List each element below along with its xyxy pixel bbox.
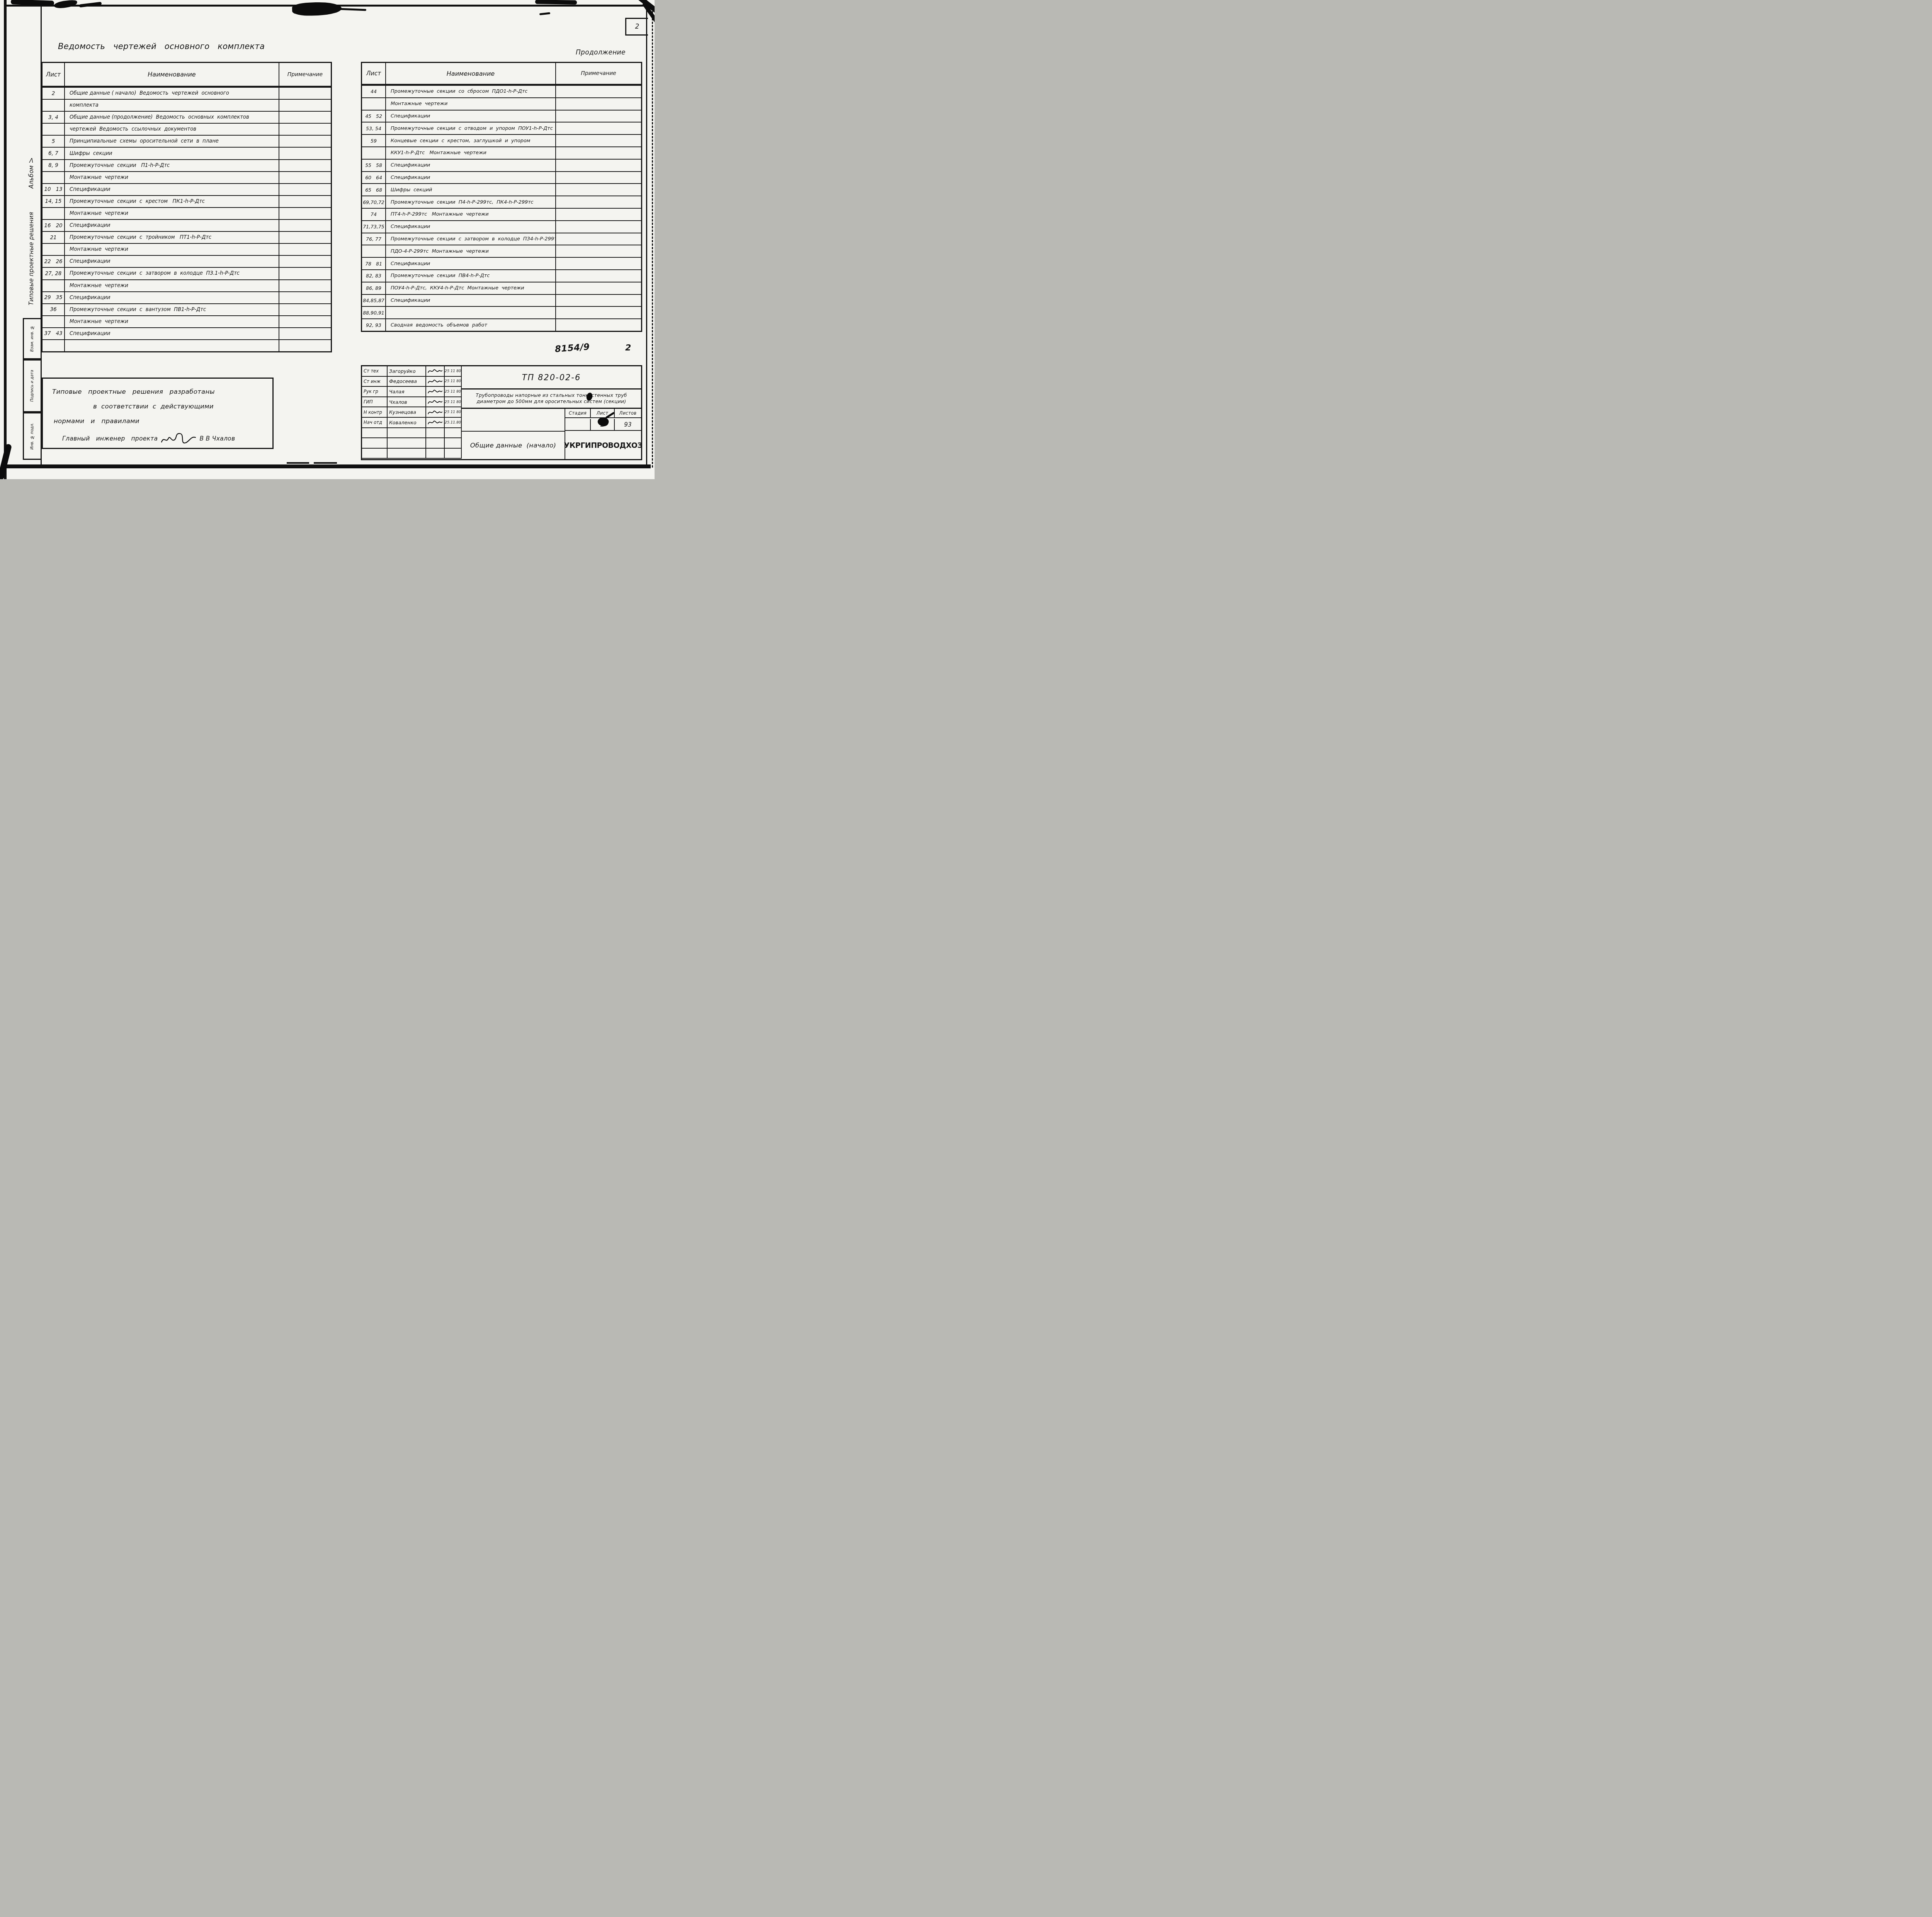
signature-row-empty [362, 438, 462, 449]
main-table-title: Ведомость чертежей основного комплекта [58, 42, 265, 51]
drawings-register-table-right: Лист Наименование Примечание 44 Промежут… [361, 62, 642, 332]
table-row: 92, 93 Сводная ведомость объемов работ [362, 318, 641, 331]
role-cell: Ст инж [362, 377, 388, 387]
drawing-name-cell: Спецификации [65, 291, 279, 303]
sheet-number-cell: 16 20 [43, 219, 65, 231]
drawing-name-cell: Монтажные чертежи [65, 243, 279, 255]
signature-squiggle [427, 367, 443, 374]
sheet-number-cell: 36 [43, 303, 65, 315]
sheet-number-cell: 92, 93 [362, 318, 386, 331]
outer-border-right [646, 5, 647, 468]
drawing-name-cell: ПДО-4-Р-299тс Монтажные чертежи [386, 245, 556, 257]
note-cell [279, 159, 331, 171]
sheet-number-handwritten: 2 [625, 343, 631, 353]
sheet-number-cell: 37 43 [43, 327, 65, 339]
table-row: Монтажные чертежи [43, 171, 331, 183]
date-cell: 25 11 80 [445, 387, 462, 397]
sheet-number-cell: 65 68 [362, 183, 386, 196]
table-row: 55 58 Спецификации [362, 159, 641, 171]
sheet-number-cell: 60 64 [362, 171, 386, 184]
table-row: 78 81 Спецификации [362, 257, 641, 269]
drawings-register-table-left: Лист Наименование Примечание 2 Общие дан… [41, 62, 332, 352]
table-row: 86, 89 ПОУ4-h-Р-Дтс, ККУ4-h-Р-Дтс Монтаж… [362, 282, 641, 294]
note-cell [556, 208, 641, 220]
table-row: 16 20 Спецификации [43, 219, 331, 231]
signature-row-empty [362, 449, 462, 459]
title-block: Ст тех Загоруйко 25 11 80 Ст инж Федосее… [361, 365, 642, 460]
drawing-name-cell: Концевые секции с крестом, заглушкой и у… [386, 134, 556, 146]
sheet-number-cell: 76, 77 [362, 233, 386, 245]
organization-name: УКРГИПРОВОДХОЗ [564, 441, 643, 450]
sheet-number-cell: 21 [43, 231, 65, 243]
drawing-name-cell: ПТ4-h-Р-299тс Монтажные чертежи [386, 208, 556, 220]
drawing-name-cell: комплекта [65, 99, 279, 111]
sheet-number-cell: 2 [43, 87, 65, 99]
drawing-name-cell: Промежуточные секции ПВ4-h-Р-Дтс [386, 269, 556, 282]
chief-engineer-label: Главный инженер проекта [62, 435, 158, 442]
role-cell: ГИП [362, 397, 388, 408]
drawing-name-cell: Спецификации [386, 220, 556, 233]
table-body-right: 44 Промежуточные секции со сбросом ПДО1-… [362, 85, 641, 331]
drawing-name-cell: Общие данные ( начало) Ведомость чертеже… [65, 87, 279, 99]
date-cell: 25 11 80 [445, 397, 462, 408]
drawing-name-cell: Промежуточные секции с затвором в колодц… [386, 233, 556, 245]
signature-squiggle [427, 419, 443, 426]
sheet-number-cell: 59 [362, 134, 386, 146]
drawing-name-cell: Промежуточные секции П1-h-Р-Дтс [65, 159, 279, 171]
outer-border-left [4, 0, 7, 479]
page-number-box: 2 [625, 18, 648, 36]
note-cell [556, 306, 641, 318]
drawing-name-cell: Спецификации [386, 110, 556, 122]
sheet-number-cell: 45 52 [362, 110, 386, 122]
sheet-number-cell [43, 339, 65, 351]
date-cell: 25 11 80 [445, 407, 462, 418]
signature-cell [426, 377, 445, 387]
sheet-number-cell [43, 207, 65, 219]
drawing-name-cell [386, 306, 556, 318]
stage-header-row: Стадия Лист Листов [565, 409, 641, 418]
drawing-name-cell: Промежуточные секции с крестом ПК1-h-Р-Д… [65, 195, 279, 207]
table-row: Монтажные чертежи [43, 207, 331, 219]
project-code: ТП 820-02-6 [522, 373, 581, 382]
margin-box-inv-podl-label: Инв. № подл. [30, 423, 34, 450]
drawing-name-cell: Монтажные чертежи [386, 97, 556, 110]
drawing-name-cell: Спецификации [386, 171, 556, 184]
sheet-number-cell: 27, 28 [43, 267, 65, 279]
name-cell: Кузнецова [388, 407, 426, 418]
table-row: 21 Промежуточные секции с тройником ПТ1-… [43, 231, 331, 243]
note-cell [556, 110, 641, 122]
stage-label: Стадия [565, 409, 591, 418]
sheet-number-cell: 74 [362, 208, 386, 220]
note-cell [279, 267, 331, 279]
drawing-name-cell: Спецификации [386, 294, 556, 306]
stamp-zone-bottom: Общие данные (начало) Стадия Лист Листов… [462, 409, 641, 459]
note-cell [279, 279, 331, 291]
table-row: Монтажные чертежи [43, 315, 331, 327]
sheet-number-cell [43, 315, 65, 327]
sheet-number-cell [43, 99, 65, 111]
note-cell [279, 207, 331, 219]
outer-border-right-dashed [652, 8, 653, 468]
sheet-number-cell: 53, 54 [362, 122, 386, 134]
table-row: 8, 9 Промежуточные секции П1-h-Р-Дтс [43, 159, 331, 171]
table-row: 53, 54 Промежуточные секции с отводом и … [362, 122, 641, 134]
drawing-name-cell: Монтажные чертежи [65, 171, 279, 183]
table-row: 22 26 Спецификации [43, 255, 331, 267]
name-cell: Федосеева [388, 377, 426, 387]
outer-border-bottom [4, 464, 651, 468]
note-cell [556, 159, 641, 171]
drawing-name-cell: Шифры секции [65, 147, 279, 159]
table-row: 65 68 Шифры секций [362, 183, 641, 196]
sheet-number-cell [43, 243, 65, 255]
scan-artifact-top-center-tail [339, 8, 366, 11]
sheet-number-cell: 14, 15 [43, 195, 65, 207]
sheet-number-cell [43, 171, 65, 183]
scan-artifact-top-right-tilde [539, 12, 550, 15]
stamp-empty-cell [462, 409, 565, 432]
drawing-name-cell: Промежуточные секции с тройником ПТ1-h-Р… [65, 231, 279, 243]
note-cell [556, 134, 641, 146]
note-cell [279, 135, 331, 147]
signature-cell [426, 387, 445, 397]
table-row: 71,73,75 Спецификации [362, 220, 641, 233]
date-cell: 25 11 80 [445, 377, 462, 387]
table-row: 69,70,72 Промежуточные секции П4-h-Р-299… [362, 196, 641, 208]
signature-row: ГИП Чхалов 25 11 80 [362, 397, 462, 408]
header-note: Примечание [279, 63, 331, 86]
note-cell [279, 183, 331, 195]
table-body-left: 2 Общие данные ( начало) Ведомость черте… [43, 87, 331, 351]
table-header-right: Лист Наименование Примечание [362, 63, 641, 85]
note-cell [279, 195, 331, 207]
signature-squiggle [427, 378, 443, 385]
drawing-name-cell: Принципиальные схемы оросительной сети в… [65, 135, 279, 147]
signature-row: Рук гр Чалая 25 11 80 [362, 387, 462, 397]
sheets-label: Листов [615, 409, 641, 418]
note-cell [556, 282, 641, 294]
organization-cell: УКРГИПРОВОДХОЗ [565, 432, 641, 459]
sheet-number-cell: 3, 4 [43, 111, 65, 123]
note-cell [556, 294, 641, 306]
note-cell [279, 303, 331, 315]
note-cell [279, 99, 331, 111]
signature-row-empty [362, 428, 462, 439]
signature-row: Ст тех Загоруйко 25 11 80 [362, 366, 462, 377]
sheet-number-cell: 82, 83 [362, 269, 386, 282]
table-row: 84,85,87 Спецификации [362, 294, 641, 306]
role-cell: Рук гр [362, 387, 388, 397]
drawing-name-cell: Промежуточные секции П4-h-Р-299тс, ПК4-h… [386, 196, 556, 208]
table-row: Монтажные чертежи [43, 279, 331, 291]
album-label: Типовые проектные решения Альбом Ⅴ [22, 85, 40, 305]
album-volume-label: Альбом Ⅴ [28, 156, 35, 189]
sheet-number-cell [43, 123, 65, 135]
note-cell [556, 220, 641, 233]
drawing-name-cell: Спецификации [65, 327, 279, 339]
note-cell [556, 257, 641, 269]
margin-box-vzam-inv: Взам. инв. № [23, 318, 42, 359]
scanned-drawing-sheet: 2 Типовые проектные решения Альбом Ⅴ Вза… [0, 0, 655, 479]
compliance-note-box: Типовые проектные решения разработаны в … [42, 378, 274, 449]
signature-row: Ст инж Федосеева 25 11 80 [362, 377, 462, 387]
table-row: 82, 83 Промежуточные секции ПВ4-h-Р-Дтс [362, 269, 641, 282]
drawing-name-cell: Промежуточные секции с затвором в колодц… [65, 267, 279, 279]
sheet-number-cell [362, 245, 386, 257]
header-sheet: Лист [43, 63, 65, 86]
project-description-cell: Трубопроводы напорные из стальных тонкос… [462, 390, 641, 409]
drawing-name-cell: Промежуточные секции со сбросом ПДО1-h-Р… [386, 85, 556, 97]
project-code-cell: ТП 820-02-6 [462, 366, 641, 390]
drawing-name-cell: ПОУ4-h-Р-Дтс, ККУ4-h-Р-Дтс Монтажные чер… [386, 282, 556, 294]
table-row: Монтажные чертежи [43, 243, 331, 255]
drawing-name-cell: Общие данные (продолжение) Ведомость осн… [65, 111, 279, 123]
chief-engineer-signature [160, 432, 197, 445]
sheet-number-cell: 71,73,75 [362, 220, 386, 233]
name-cell: Загоруйко [388, 366, 426, 377]
scan-artifact-top-center-blob [292, 2, 342, 16]
note-cell [279, 291, 331, 303]
table-row: 29 35 Спецификации [43, 291, 331, 303]
signature-cell [426, 366, 445, 377]
drawing-name-cell: Спецификации [386, 257, 556, 269]
table-row: 59 Концевые секции с крестом, заглушкой … [362, 134, 641, 146]
table-row: 3, 4 Общие данные (продолжение) Ведомост… [43, 111, 331, 123]
signature-cell [426, 397, 445, 408]
signature-row: Н контр Кузнецова 25 11 80 [362, 407, 462, 418]
role-cell: Ст тех [362, 366, 388, 377]
table-row: комплекта [43, 99, 331, 111]
table-header-left: Лист Наименование Примечание [43, 63, 331, 87]
note-cell [556, 171, 641, 184]
note-cell [556, 269, 641, 282]
note-line-3: нормами и правилами [54, 417, 139, 425]
note-cell [556, 183, 641, 196]
note-cell [279, 87, 331, 99]
table-row: ККУ1-h-Р-Дтс Монтажные чертежи [362, 146, 641, 159]
margin-box-vzam-inv-label: Взам. инв. № [30, 325, 34, 352]
note-cell [279, 147, 331, 159]
drawing-name-cell: Шифры секций [386, 183, 556, 196]
sheet-number-cell: 78 81 [362, 257, 386, 269]
signature-squiggle [427, 409, 443, 416]
drawing-name-cell: Спецификации [65, 255, 279, 267]
table-row: 45 52 Спецификации [362, 110, 641, 122]
header-sheet: Лист [362, 63, 386, 84]
scan-artifact-top-left-stroke [79, 2, 102, 7]
note-line-2: в соответствии с действующими [93, 403, 214, 410]
note-line-1: Типовые проектные решения разработаны [52, 388, 215, 395]
sheet-number-cell: 84,85,87 [362, 294, 386, 306]
drawing-name-cell: Спецификации [386, 159, 556, 171]
note-cell [556, 122, 641, 134]
sheets-value: 93 [615, 419, 641, 431]
date-cell: 25 11 80 [445, 366, 462, 377]
table-row: 10 13 Спецификации [43, 183, 331, 195]
note-cell [279, 231, 331, 243]
margin-box-podpis-data-label: Подпись и дата [30, 370, 34, 402]
table-row: 37 43 Спецификации [43, 327, 331, 339]
sheet-number-cell: 6, 7 [43, 147, 65, 159]
note-cell [556, 97, 641, 110]
table-row: 76, 77 Промежуточные секции с затвором в… [362, 233, 641, 245]
sheet-number-cell: 22 26 [43, 255, 65, 267]
scan-artifact-bottom-dash2 [314, 462, 337, 464]
table-row: ПДО-4-Р-299тс Монтажные чертежи [362, 245, 641, 257]
table-row: 5 Принципиальные схемы оросительной сети… [43, 135, 331, 147]
scan-artifact-top-left-scribble [54, 0, 78, 9]
note-cell [279, 123, 331, 135]
drawing-name-cell: Монтажные чертежи [65, 279, 279, 291]
sheet-number-cell: 88,90,91 [362, 306, 386, 318]
margin-box-podpis-data: Подпись и дата [23, 359, 42, 412]
stage-value [565, 419, 591, 431]
sheet-number-cell: 10 13 [43, 183, 65, 195]
note-cell [556, 245, 641, 257]
signature-cell [426, 407, 445, 418]
sheet-number-cell: 5 [43, 135, 65, 147]
name-cell: Коваленко [388, 418, 426, 428]
drawing-name-cell [65, 339, 279, 351]
table-row: 44 Промежуточные секции со сбросом ПДО1-… [362, 85, 641, 97]
note-cell [279, 111, 331, 123]
doc-title-cell: Общие данные (начало) [462, 432, 565, 459]
margin-box-inv-podl: Инв. № подл. [23, 412, 42, 460]
table-row [43, 339, 331, 351]
sheet-number-cell: 86, 89 [362, 282, 386, 294]
album-series-label: Типовые проектные решения [28, 212, 35, 305]
note-cell [556, 146, 641, 159]
signature-table: Ст тех Загоруйко 25 11 80 Ст инж Федосее… [362, 366, 462, 459]
note-cell [279, 219, 331, 231]
table-row: 36 Промежуточные секции с вантузом ПВ1-h… [43, 303, 331, 315]
name-cell: Чалая [388, 387, 426, 397]
note-cell [279, 243, 331, 255]
table-row: 2 Общие данные ( начало) Ведомость черте… [43, 87, 331, 99]
header-name: Наименование [386, 63, 556, 84]
table-row: Монтажные чертежи [362, 97, 641, 110]
note-cell [556, 85, 641, 97]
sheet-number-cell: 44 [362, 85, 386, 97]
signature-row: Нач отд Коваленко 25.11.80 [362, 418, 462, 428]
scan-artifact-top-right-bar [535, 0, 577, 5]
note-cell [279, 255, 331, 267]
project-description-line2: диаметром до 500мм для оросительных сист… [477, 399, 626, 405]
table-row: 6, 7 Шифры секции [43, 147, 331, 159]
note-cell [556, 233, 641, 245]
project-description-line1: Трубопроводы напорные из стальных тонкос… [476, 393, 627, 398]
table-row: 60 64 Спецификации [362, 171, 641, 184]
header-name: Наименование [65, 63, 279, 86]
table-row: 14, 15 Промежуточные секции с крестом ПК… [43, 195, 331, 207]
drawing-name-cell: Сводная ведомость объемов работ [386, 318, 556, 331]
note-cell [279, 339, 331, 351]
header-note: Примечание [556, 63, 641, 84]
drawing-name-cell: чертежей Ведомость ссылочных документов [65, 123, 279, 135]
doc-title: Общие данные (начало) [470, 442, 556, 449]
signature-squiggle [427, 398, 443, 405]
note-cell [279, 315, 331, 327]
role-cell: Нач отд [362, 418, 388, 428]
drawing-name-cell: Промежуточные секции с вантузом ПВ1-h-Р-… [65, 303, 279, 315]
drawing-name-cell: Промежуточные секции с отводом и упором … [386, 122, 556, 134]
continuation-label: Продолжение [576, 49, 626, 56]
table-row: 88,90,91 [362, 306, 641, 318]
scan-artifact-bottom-dash1 [287, 462, 309, 464]
drawing-name-cell: Монтажные чертежи [65, 207, 279, 219]
sheet-number-cell: 8, 9 [43, 159, 65, 171]
note-signature-line: Главный инженер проекта В В Чхалов [62, 432, 235, 445]
sheet-number-cell [43, 279, 65, 291]
drawing-name-cell: Спецификации [65, 183, 279, 195]
drawing-name-cell: Спецификации [65, 219, 279, 231]
sheet-number-cell [362, 146, 386, 159]
sheet-number-cell [362, 97, 386, 110]
sheet-number-cell: 55 58 [362, 159, 386, 171]
note-cell [556, 196, 641, 208]
signature-cell [426, 418, 445, 428]
drawing-name-cell: Монтажные чертежи [65, 315, 279, 327]
date-cell: 25.11.80 [445, 418, 462, 428]
note-cell [279, 327, 331, 339]
name-cell: Чхалов [388, 397, 426, 408]
page-number: 2 [635, 23, 639, 31]
inventory-number-handwritten: 8154/9 [554, 342, 590, 354]
sheet-number-cell: 29 35 [43, 291, 65, 303]
role-cell: Н контр [362, 407, 388, 418]
table-row: чертежей Ведомость ссылочных документов [43, 123, 331, 135]
table-row: 27, 28 Промежуточные секции с затвором в… [43, 267, 331, 279]
note-cell [279, 171, 331, 183]
table-row: 74 ПТ4-h-Р-299тс Монтажные чертежи [362, 208, 641, 220]
drawing-name-cell: ККУ1-h-Р-Дтс Монтажные чертежи [386, 146, 556, 159]
signature-squiggle [427, 388, 443, 395]
chief-engineer-name: В В Чхалов [199, 435, 235, 442]
note-cell [556, 318, 641, 331]
sheet-number-cell: 69,70,72 [362, 196, 386, 208]
